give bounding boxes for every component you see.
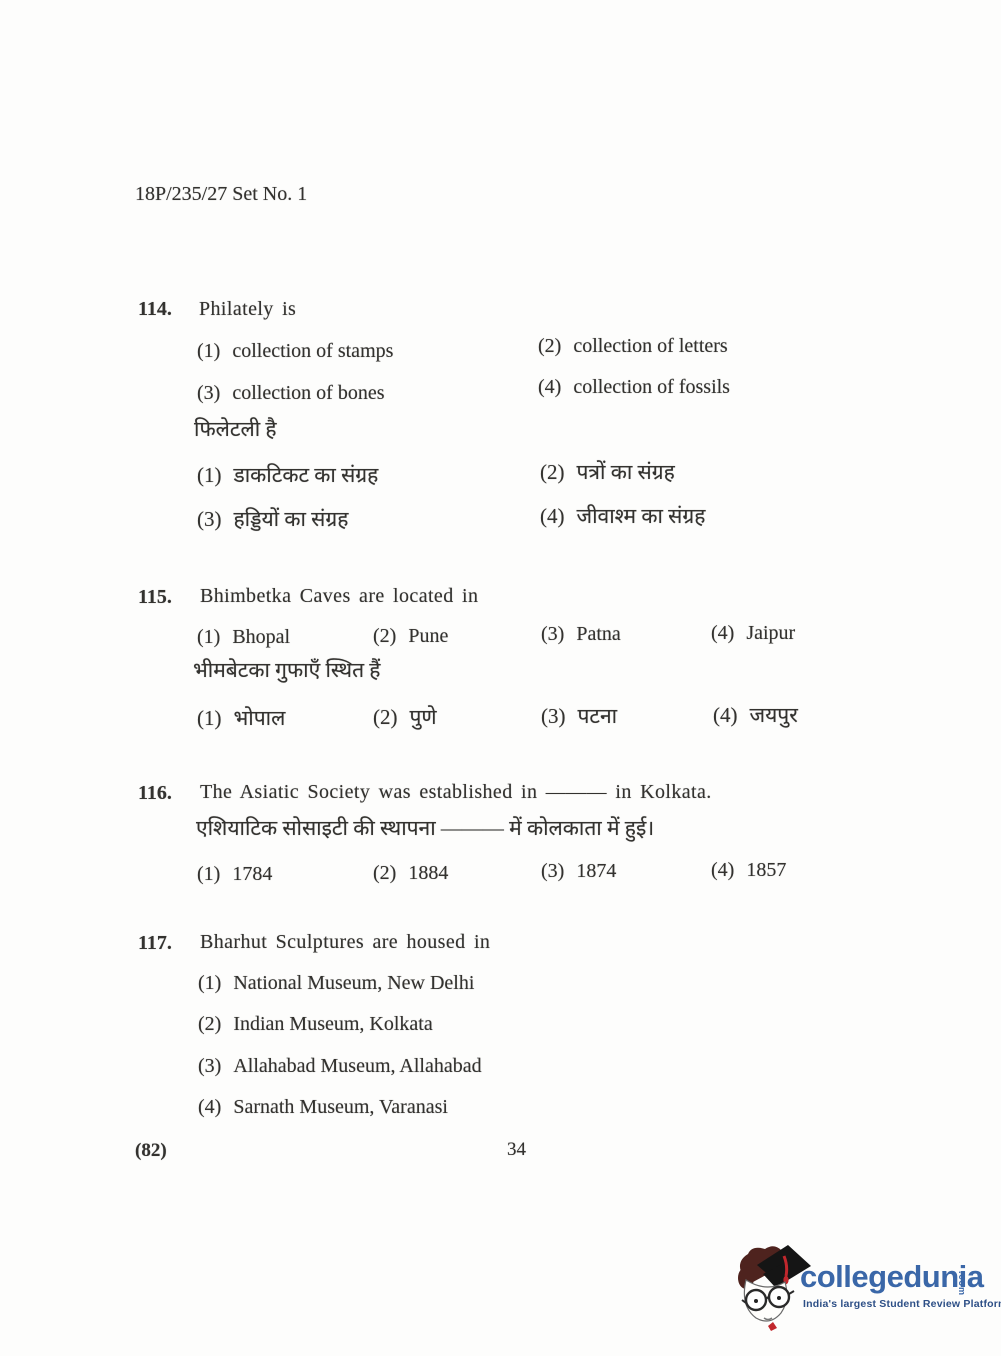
option-label: (3) — [541, 704, 566, 729]
option-row: (1)Bhopal — [197, 625, 290, 649]
option-row: (4)Jaipur — [711, 621, 795, 645]
option-text: collection of bones — [232, 382, 384, 404]
option-label: (2) — [538, 334, 561, 358]
brand-wordmark: collegedunia — [800, 1259, 983, 1295]
option-text: जयपुर — [750, 703, 798, 727]
option-row: (4)1857 — [711, 858, 786, 882]
question-text-hi: एशियाटिक सोसाइटी की स्थापना ——— में कोलक… — [196, 816, 654, 841]
brand-tagline: India's largest Student Review Platform — [803, 1298, 1001, 1310]
option-row: (3)Patna — [541, 622, 621, 646]
option-text: collection of fossils — [573, 376, 730, 398]
option-label: (1) — [198, 971, 221, 995]
option-label: (3) — [541, 622, 564, 646]
option-label: (3) — [197, 507, 222, 532]
option-row: (1)National Museum, New Delhi — [198, 971, 474, 995]
option-label: (2) — [373, 705, 398, 730]
option-text: भोपाल — [234, 706, 286, 730]
option-label: (3) — [197, 381, 220, 405]
collegedunia-logo: collegedunia .com India's largest Studen… — [733, 1238, 993, 1333]
option-label: (4) — [198, 1095, 221, 1119]
option-row: (1)भोपाल — [197, 706, 285, 731]
option-row: (3)Allahabad Museum, Allahabad — [198, 1054, 482, 1078]
footer-series-code: (82) — [135, 1140, 167, 1163]
question-number: 115. — [138, 585, 172, 609]
exam-paper-page: 18P/235/27 Set No. 1 114. Philately is (… — [0, 0, 1001, 1356]
option-label: (1) — [197, 706, 222, 731]
question-text-en: Bharhut Sculptures are housed in — [200, 930, 490, 954]
option-text: collection of letters — [573, 335, 727, 357]
option-row: (1)1784 — [197, 862, 272, 886]
option-text: पुणे — [410, 705, 437, 729]
option-text: National Museum, New Delhi — [233, 972, 474, 994]
option-label: (4) — [538, 375, 561, 399]
question-text-en: The Asiatic Society was established in —… — [200, 780, 712, 804]
option-text: डाकटिकट का संग्रह — [234, 463, 379, 487]
question-number: 117. — [138, 931, 172, 955]
option-row: (2)पुणे — [373, 705, 437, 730]
option-label: (3) — [541, 859, 564, 883]
option-row: (1)डाकटिकट का संग्रह — [197, 463, 378, 488]
option-label: (4) — [713, 703, 738, 728]
question-number: 116. — [138, 781, 172, 805]
option-text: Bhopal — [232, 626, 290, 648]
question-text-en: Philately is — [199, 297, 296, 321]
option-row: (3)collection of bones — [197, 381, 385, 405]
option-row: (3)पटना — [541, 704, 617, 729]
option-label: (3) — [198, 1054, 221, 1078]
option-text: 1857 — [746, 859, 786, 881]
option-row: (3)हड्डियों का संग्रह — [197, 507, 348, 532]
option-label: (4) — [711, 621, 734, 645]
option-row: (4)Sarnath Museum, Varanasi — [198, 1095, 448, 1119]
option-row: (4)collection of fossils — [538, 375, 730, 399]
option-label: (2) — [373, 624, 396, 648]
question-number: 114. — [138, 297, 172, 321]
option-text: Patna — [576, 623, 620, 645]
option-text: 1884 — [408, 862, 448, 884]
option-row: (2)Indian Museum, Kolkata — [198, 1012, 433, 1036]
option-label: (1) — [197, 463, 222, 488]
option-label: (1) — [197, 862, 220, 886]
option-label: (1) — [197, 339, 220, 363]
option-label: (2) — [540, 460, 565, 485]
option-label: (4) — [540, 504, 565, 529]
paper-code: 18P/235/27 Set No. 1 — [135, 182, 307, 206]
option-text: Pune — [408, 625, 448, 647]
option-text: 1784 — [232, 863, 272, 885]
option-text: 1874 — [576, 860, 616, 882]
option-row: (4)जयपुर — [713, 703, 798, 728]
option-text: पटना — [578, 704, 618, 728]
option-row: (1)collection of stamps — [197, 339, 393, 363]
option-row: (4)जीवाश्म का संग्रह — [540, 504, 705, 529]
option-text: Jaipur — [746, 622, 795, 644]
option-text: जीवाश्म का संग्रह — [577, 504, 706, 528]
option-text: पत्रों का संग्रह — [577, 460, 675, 484]
option-text: Allahabad Museum, Allahabad — [233, 1055, 481, 1077]
page-number: 34 — [507, 1139, 526, 1162]
question-text-hi: भीमबेटका गुफाएँ स्थित हैं — [193, 658, 380, 683]
option-label: (2) — [198, 1012, 221, 1036]
option-label: (4) — [711, 858, 734, 882]
option-text: collection of stamps — [232, 340, 393, 362]
option-text: Indian Museum, Kolkata — [233, 1013, 432, 1035]
brand-domain-suffix: .com — [957, 1271, 967, 1296]
question-text-en: Bhimbetka Caves are located in — [200, 584, 478, 608]
option-label: (2) — [373, 861, 396, 885]
option-text: हड्डियों का संग्रह — [234, 507, 349, 531]
question-text-hi: फिलेटली है — [194, 417, 277, 442]
option-row: (2)collection of letters — [538, 334, 728, 358]
option-text: Sarnath Museum, Varanasi — [233, 1096, 448, 1118]
option-row: (2)Pune — [373, 624, 448, 648]
option-row: (2)पत्रों का संग्रह — [540, 460, 675, 485]
option-row: (3)1874 — [541, 859, 616, 883]
option-label: (1) — [197, 625, 220, 649]
option-row: (2)1884 — [373, 861, 448, 885]
